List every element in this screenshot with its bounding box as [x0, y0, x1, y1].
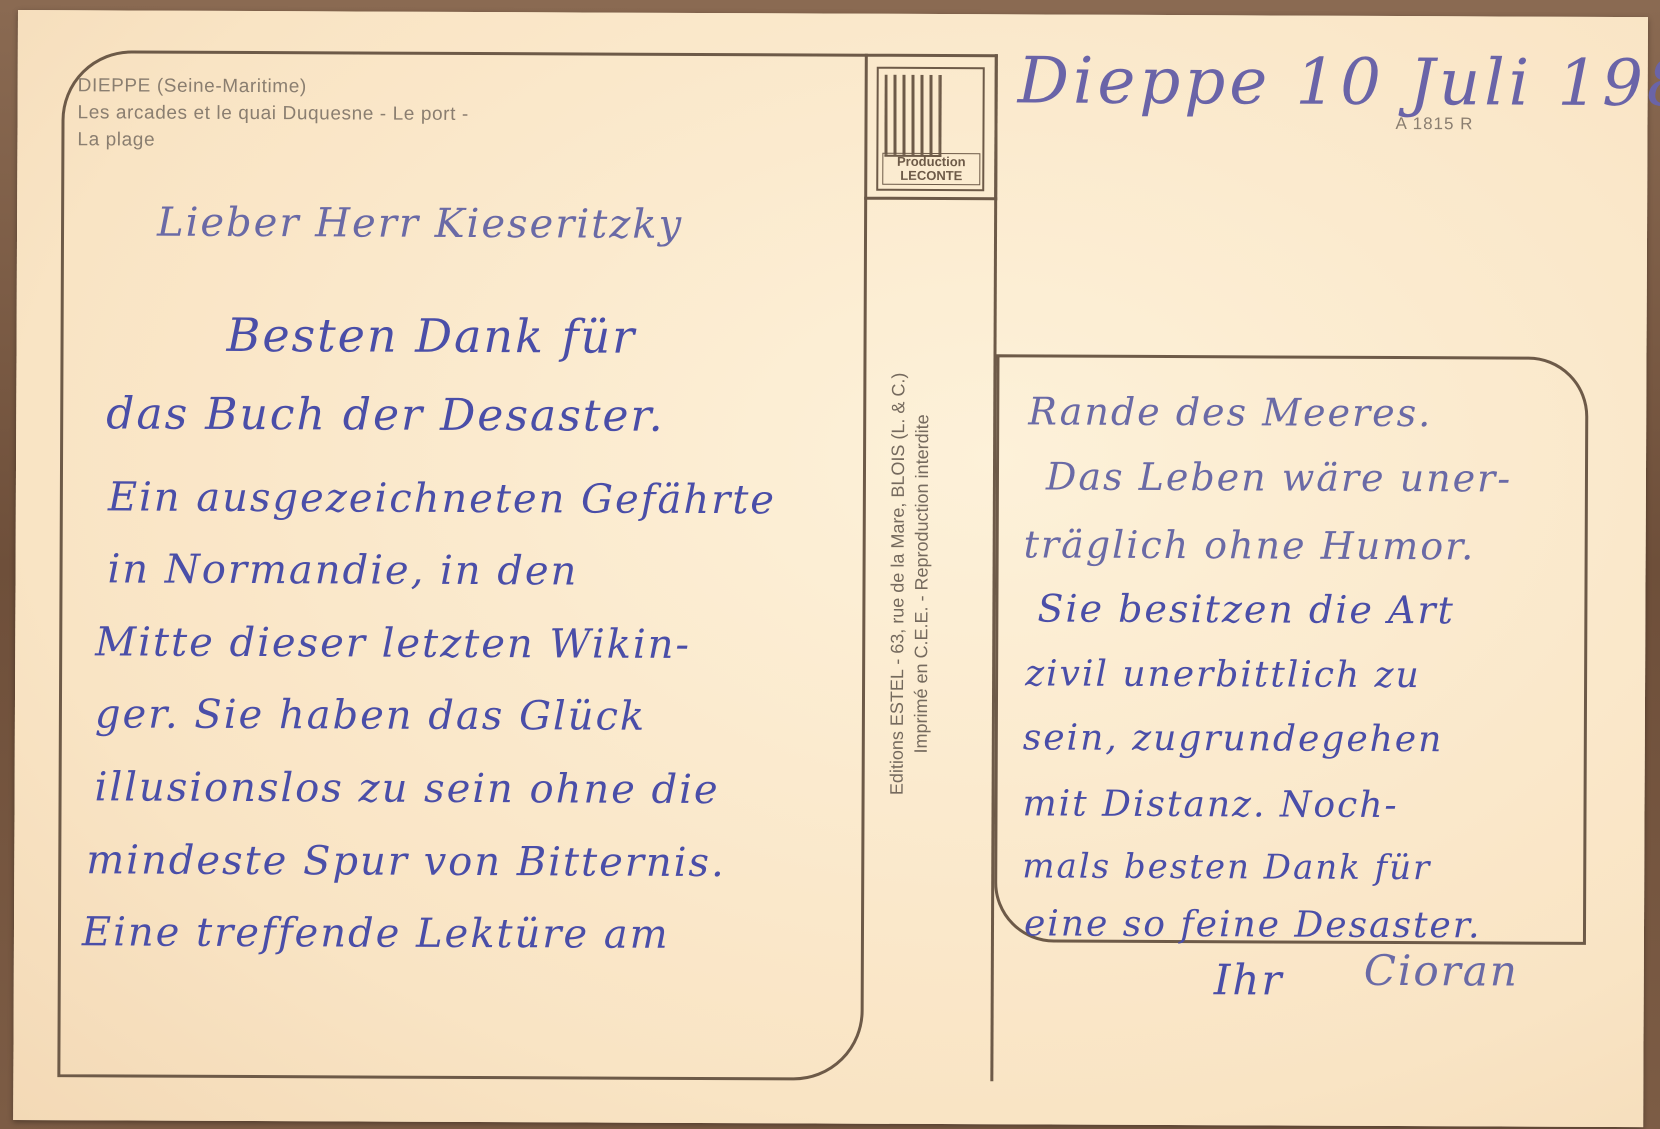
right-line-1: Rande des Meeres. [1028, 379, 1432, 445]
left-line-3: Ein ausgezeichneten Gefährte [108, 465, 776, 532]
printed-caption: DIEPPE (Seine-Maritime) Les arcades et l… [77, 72, 469, 155]
left-line-7: illusionslos zu sein ohne die [94, 755, 719, 822]
right-line-6: sein, zugrundegehen [1023, 706, 1444, 772]
left-line-6: ger. Sie haben das Glück [95, 682, 647, 748]
logo-text: Production LECONTE [882, 153, 980, 185]
logo-line-2: LECONTE [883, 169, 979, 183]
right-line-7: mit Distanz. Noch- [1022, 772, 1398, 838]
caption-line-3: La plage [77, 126, 468, 155]
left-line-1: Besten Dank für [226, 303, 636, 369]
left-line-4: in Normandie, in den [107, 537, 578, 603]
left-line-5: Mitte dieser letzten Wikin- [95, 610, 691, 677]
caption-line-2: Les arcades et le quai Duquesne - Le por… [77, 99, 468, 128]
caption-title: DIEPPE (Seine-Maritime) [78, 72, 469, 101]
left-line-8: mindeste Spur von Bitternis. [86, 828, 726, 895]
publisher-imprint: Editions ESTEL - 63, rue de la Mare, BLO… [884, 234, 935, 934]
left-line-9: Eine treffende Lektüre am [82, 900, 670, 967]
publisher-logo-box: Production LECONTE [864, 54, 998, 201]
left-line-2: das Buch der Desaster. [106, 382, 665, 448]
right-line-5: zivil unerbittlich zu [1025, 642, 1421, 708]
right-line-4: Sie besitzen die Art [1037, 576, 1455, 642]
signature: Cioran [1364, 946, 1519, 996]
postcard: DIEPPE (Seine-Maritime) Les arcades et l… [13, 10, 1648, 1127]
closing: Ihr [1214, 955, 1284, 1004]
right-line-8: mals besten Dank für [1022, 834, 1431, 900]
publisher-logo: Production LECONTE [876, 67, 985, 191]
handwritten-date: Dieppe 10 Juli 1988 [1018, 44, 1660, 121]
right-line-3: träglich ohne Humor. [1024, 512, 1476, 578]
right-line-2: Das Leben wäre uner- [1046, 444, 1512, 510]
barcode-stripes-icon [884, 75, 941, 157]
publisher-line-2: Imprimé en C.E.E. - Reproduction interdi… [908, 234, 935, 934]
publisher-line-1: Editions ESTEL - 63, rue de la Mare, BLO… [884, 234, 911, 934]
salutation: Lieber Herr Kieseritzky [157, 191, 683, 257]
